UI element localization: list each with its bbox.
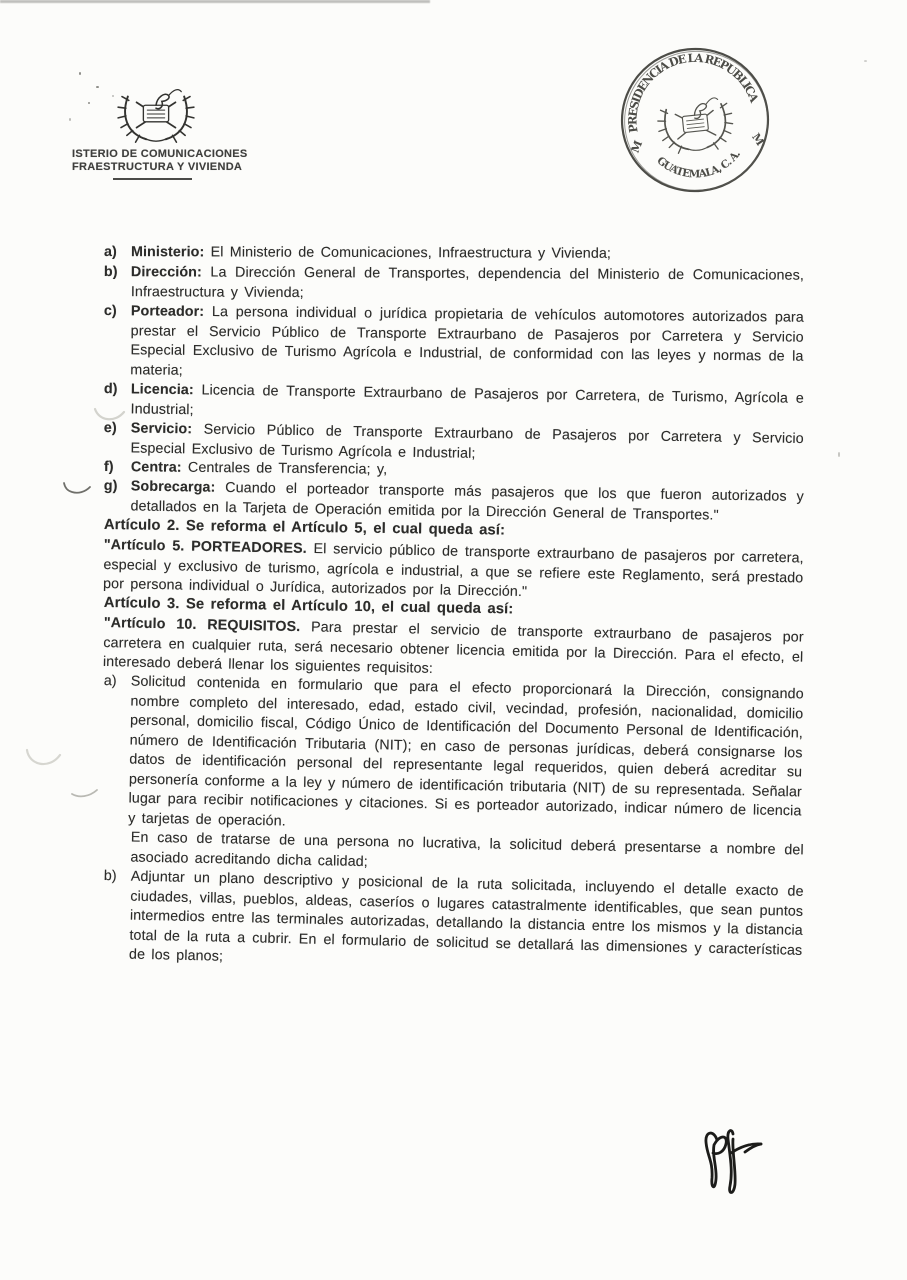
letterhead-line2: FRAESTRUCTURA Y VIVIENDA [72, 161, 248, 174]
presidential-seal: PRESIDENCIA DE LA REPUBLICA GUATEMALA, C… [608, 34, 781, 206]
item-text: Adjuntar un plano descriptivo y posicion… [129, 869, 804, 965]
item-label: g) [104, 477, 118, 497]
scan-edge-artifact [0, 0, 430, 3]
item-term: Sobrecarga: [131, 478, 216, 495]
item-text: Licencia de Transporte Extraurbano de Pa… [130, 382, 803, 417]
document-body: a) Ministerio: El Ministerio de Comunica… [104, 243, 804, 965]
item-term: Licencia: [131, 381, 194, 398]
item-label: b) [104, 263, 118, 283]
item-label: c) [104, 302, 117, 322]
item-term: Ministerio: [131, 244, 204, 260]
item-term: Porteador: [131, 303, 204, 320]
speckle [838, 452, 840, 457]
item-label: f) [104, 458, 114, 478]
scanned-document-page: ISTERIO DE COMUNICACIONES FRAESTRUCTURA … [0, 0, 907, 1280]
item-text: Solicitud contenida en formulario que pa… [128, 674, 804, 829]
margin-mark [24, 746, 64, 772]
item-text: El Ministerio de Comunicaciones, Infraes… [211, 244, 611, 261]
seal-coat-of-arms [656, 96, 735, 155]
definition-item-c: c) Porteador: La persona individual o ju… [103, 302, 804, 387]
item-label: a) [104, 243, 117, 263]
item-text: La persona individual o jurídica propiet… [130, 304, 804, 378]
speckle [88, 102, 90, 104]
item-term: Centra: [131, 459, 182, 475]
item-term: Dirección: [131, 264, 202, 280]
speckle [112, 95, 114, 97]
requisito-item-a: a) Solicitud contenida en formulario que… [101, 672, 804, 841]
letterhead-line1: ISTERIO DE COMUNICACIONES [72, 148, 248, 161]
article-10-lead: "Artículo 10. REQUISITOS. [104, 614, 301, 634]
speckle [69, 118, 71, 121]
ministry-coat-of-arms [116, 80, 196, 148]
item-label: d) [104, 380, 118, 400]
item-text: Cuando el porteador transporte más pasaj… [130, 480, 803, 523]
article-5-lead: "Artículo 5. PORTEADORES. [104, 536, 307, 556]
letterhead-rule [113, 178, 192, 180]
definition-item-b: b) Dirección: La Dirección General de Tr… [104, 263, 804, 306]
signature-initials [697, 1126, 773, 1204]
definition-item-a: a) Ministerio: El Ministerio de Comunica… [104, 243, 804, 265]
item-text: La Dirección General de Transportes, dep… [131, 264, 804, 300]
item-label: e) [104, 419, 117, 439]
item-term: Servicio: [131, 420, 193, 437]
margin-mark-dash [70, 786, 100, 800]
letterhead-title: ISTERIO DE COMUNICACIONES FRAESTRUCTURA … [72, 148, 248, 174]
seal-letter-left: M [629, 139, 646, 155]
item-text: Centrales de Transferencia; y, [188, 459, 387, 477]
item-label: b) [104, 867, 117, 887]
seal-text-bottom: GUATEMALA, C. A. [654, 146, 746, 185]
item-label: a) [104, 672, 117, 692]
margin-mark-check [62, 478, 94, 498]
requisito-item-b: b) Adjuntar un plano descriptivo y posic… [102, 867, 804, 980]
speckle [864, 60, 867, 62]
speckle [79, 72, 81, 75]
speckle [96, 86, 99, 88]
